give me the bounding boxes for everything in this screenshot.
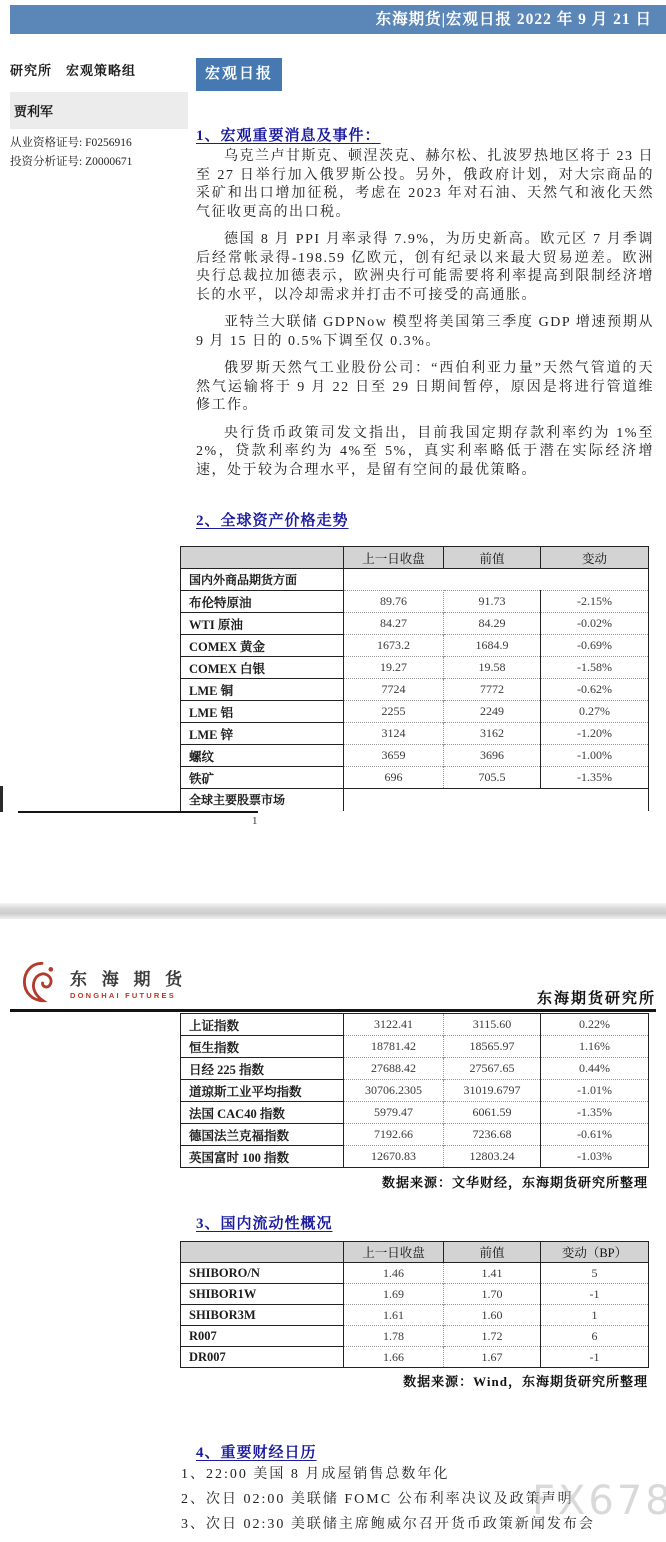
change-bp-value: 6 (541, 1326, 649, 1347)
news-paragraph: 俄罗斯天然气工业股份公司：“西伯利亚力量”天然气管道的天然气运输将于 9 月 2… (196, 360, 654, 416)
page-number: 1 (252, 815, 258, 827)
page-separator (0, 903, 666, 919)
change-value: 0.44% (541, 1058, 649, 1080)
data-source-note-2: 数据来源：Wind，东海期货研究所整理 (180, 1371, 648, 1390)
prev-close-value: 1.69 (344, 1284, 444, 1305)
news-paragraphs: 乌克兰卢甘斯克、顿涅茨克、赫尔松、扎波罗热地区将于 23 日至 27 日举行加入… (196, 148, 654, 489)
news-paragraph: 亚特兰大联储 GDPNow 模型将美国第三季度 GDP 增速预期从 9 月 15… (196, 314, 654, 351)
prior-value: 1.70 (444, 1284, 541, 1305)
prev-close-value: 3124 (344, 723, 444, 745)
instrument-name: 铁矿 (181, 767, 344, 789)
instrument-name: 英国富时 100 指数 (181, 1146, 344, 1168)
change-value: -1.58% (541, 657, 649, 679)
news-paragraph: 德国 8 月 PPI 月率录得 7.9%，为历史新高。欧元区 7 月季调后经常帐… (196, 231, 654, 305)
prior-value: 6061.59 (444, 1102, 541, 1124)
rate-name: SHIBOR1W (181, 1284, 344, 1305)
research-team: 研究所 宏观策略组 (10, 60, 188, 79)
header-cell-prev-close: 上一日收盘 (344, 547, 444, 569)
header-cell-blank (181, 1242, 344, 1263)
prior-value: 84.29 (444, 613, 541, 635)
header-cell-prev-close: 上一日收盘 (344, 1242, 444, 1263)
section2-heading: 2、全球资产价格走势 (196, 509, 349, 530)
section1-heading: 1、宏观重要消息及事件： (196, 124, 381, 145)
practice-cert-number: 从业资格证号: F0256916 (10, 134, 188, 153)
data-source-note-1: 数据来源：文华财经，东海期货研究所整理 (180, 1172, 648, 1191)
change-value: -0.02% (541, 613, 649, 635)
instrument-name: COMEX 白银 (181, 657, 344, 679)
prev-close-value: 27688.42 (344, 1058, 444, 1080)
prior-value: 1684.9 (444, 635, 541, 657)
instrument-name: 恒生指数 (181, 1036, 344, 1058)
table-row: 法国 CAC40 指数 5979.47 6061.59 -1.35% (181, 1102, 649, 1124)
change-value: -1.35% (541, 1102, 649, 1124)
prev-close-value: 18781.42 (344, 1036, 444, 1058)
change-value: 0.27% (541, 701, 649, 723)
prior-value: 12803.24 (444, 1146, 541, 1168)
prev-close-value: 1.61 (344, 1305, 444, 1326)
scan-artifact (0, 786, 3, 812)
prev-close-value: 696 (344, 767, 444, 789)
prev-close-value: 7724 (344, 679, 444, 701)
prev-close-value: 1.46 (344, 1263, 444, 1284)
header-cell-prior: 前值 (444, 1242, 541, 1263)
report-type-badge: 宏观日报 (196, 58, 282, 91)
prev-close-value: 1.66 (344, 1347, 444, 1368)
prior-value: 1.72 (444, 1326, 541, 1347)
category-fill (344, 789, 649, 811)
news-paragraph: 乌克兰卢甘斯克、顿涅茨克、赫尔松、扎波罗热地区将于 23 日至 27 日举行加入… (196, 148, 654, 222)
table-row: 螺纹 3659 3696 -1.00% (181, 745, 649, 767)
change-value: -0.69% (541, 635, 649, 657)
global-asset-table-page2: 上证指数 3122.41 3115.60 0.22% 恒生指数 18781.42… (180, 1013, 649, 1168)
category-fill (344, 569, 649, 591)
prior-value: 2249 (444, 701, 541, 723)
rate-name: SHIBOR3M (181, 1305, 344, 1326)
analyst-info-panel: 研究所 宏观策略组 贾利军 从业资格证号: F0256916 投资分析证号: Z… (10, 60, 188, 172)
page-1: 东海期货|宏观日报 2022 年 9 月 21 日 研究所 宏观策略组 贾利军 … (0, 0, 666, 903)
logo-name-en: DONGHAI FUTURES (70, 991, 187, 1000)
liquidity-table: 上一日收盘 前值 变动（BP） SHIBORO/N 1.46 1.41 5 SH… (180, 1241, 649, 1368)
change-value: 0.22% (541, 1014, 649, 1036)
header-cell-change-bp: 变动（BP） (541, 1242, 649, 1263)
prev-close-value: 1.78 (344, 1326, 444, 1347)
table-row: COMEX 白银 19.27 19.58 -1.58% (181, 657, 649, 679)
prior-value: 3696 (444, 745, 541, 767)
company-logo: 东 海 期 货 DONGHAI FUTURES (20, 960, 187, 1004)
prior-value: 3162 (444, 723, 541, 745)
prior-value: 705.5 (444, 767, 541, 789)
instrument-name: 日经 225 指数 (181, 1058, 344, 1080)
instrument-name: 法国 CAC40 指数 (181, 1102, 344, 1124)
rate-name: R007 (181, 1326, 344, 1347)
prior-value: 18565.97 (444, 1036, 541, 1058)
category-label: 国内外商品期货方面 (181, 569, 344, 591)
table-row: SHIBORO/N 1.46 1.41 5 (181, 1263, 649, 1284)
change-value: -1.01% (541, 1080, 649, 1102)
table-row: 德国法兰克福指数 7192.66 7236.68 -0.61% (181, 1124, 649, 1146)
prev-close-value: 89.76 (344, 591, 444, 613)
change-value: -0.61% (541, 1124, 649, 1146)
table-row: 铁矿 696 705.5 -1.35% (181, 767, 649, 789)
prior-value: 7236.68 (444, 1124, 541, 1146)
prev-close-value: 84.27 (344, 613, 444, 635)
change-value: -1.00% (541, 745, 649, 767)
instrument-name: 布伦特原油 (181, 591, 344, 613)
change-value: 1.16% (541, 1036, 649, 1058)
table-header-row: 上一日收盘 前值 变动 (181, 547, 649, 569)
news-paragraph: 央行货币政策司发文指出，目前我国定期存款利率约为 1%至 2%，贷款利率约为 4… (196, 425, 654, 481)
table-row: 日经 225 指数 27688.42 27567.65 0.44% (181, 1058, 649, 1080)
table-row: R007 1.78 1.72 6 (181, 1326, 649, 1347)
footnote-rule (18, 811, 258, 813)
instrument-name: LME 锌 (181, 723, 344, 745)
prior-value: 1.41 (444, 1263, 541, 1284)
analyst-name: 贾利军 (10, 92, 188, 129)
header-cell-prior: 前值 (444, 547, 541, 569)
prev-close-value: 3122.41 (344, 1014, 444, 1036)
table-header-row: 上一日收盘 前值 变动（BP） (181, 1242, 649, 1263)
change-value: -2.15% (541, 591, 649, 613)
prev-close-value: 1673.2 (344, 635, 444, 657)
fx678-watermark: FX678 (532, 1478, 666, 1524)
prev-close-value: 19.27 (344, 657, 444, 679)
table-row: LME 锌 3124 3162 -1.20% (181, 723, 649, 745)
prev-close-value: 7192.66 (344, 1124, 444, 1146)
table-row: LME 铝 2255 2249 0.27% (181, 701, 649, 723)
prev-close-value: 2255 (344, 701, 444, 723)
change-bp-value: -1 (541, 1284, 649, 1305)
header-cell-blank (181, 547, 344, 569)
report-banner: 东海期货|宏观日报 2022 年 9 月 21 日 (10, 5, 666, 34)
section4-heading: 4、重要财经日历 (196, 1441, 317, 1462)
table-row: 英国富时 100 指数 12670.83 12803.24 -1.03% (181, 1146, 649, 1168)
prior-value: 31019.6797 (444, 1080, 541, 1102)
prior-value: 91.73 (444, 591, 541, 613)
logo-name-cn: 东 海 期 货 (70, 965, 187, 990)
section3-heading: 3、国内流动性概况 (196, 1212, 333, 1233)
header-rule (10, 1009, 656, 1012)
instrument-name: COMEX 黄金 (181, 635, 344, 657)
rate-name: SHIBORO/N (181, 1263, 344, 1284)
prior-value: 27567.65 (444, 1058, 541, 1080)
prev-close-value: 12670.83 (344, 1146, 444, 1168)
table-row: LME 铜 7724 7772 -0.62% (181, 679, 649, 701)
category-row-equities: 全球主要股票市场 (181, 789, 649, 811)
prior-value: 1.60 (444, 1305, 541, 1326)
banner-title: 东海期货|宏观日报 2022 年 9 月 21 日 (376, 11, 652, 28)
prior-value: 7772 (444, 679, 541, 701)
table-row: COMEX 黄金 1673.2 1684.9 -0.69% (181, 635, 649, 657)
instrument-name: 螺纹 (181, 745, 344, 767)
prev-close-value: 5979.47 (344, 1102, 444, 1124)
prior-value: 3115.60 (444, 1014, 541, 1036)
table-row: 上证指数 3122.41 3115.60 0.22% (181, 1014, 649, 1036)
change-value: -1.20% (541, 723, 649, 745)
table-row: SHIBOR1W 1.69 1.70 -1 (181, 1284, 649, 1305)
document-canvas: 东海期货|宏观日报 2022 年 9 月 21 日 研究所 宏观策略组 贾利军 … (0, 0, 666, 1542)
table-row: SHIBOR3M 1.61 1.60 1 (181, 1305, 649, 1326)
institute-name: 东海期货研究所 (537, 987, 656, 1008)
instrument-name: 德国法兰克福指数 (181, 1124, 344, 1146)
donghai-swirl-icon (20, 960, 64, 1004)
instrument-name: WTI 原油 (181, 613, 344, 635)
global-asset-table-page1: 上一日收盘 前值 变动 国内外商品期货方面 布伦特原油 89.76 91.73 … (180, 546, 649, 811)
category-row-commodities: 国内外商品期货方面 (181, 569, 649, 591)
change-bp-value: 1 (541, 1305, 649, 1326)
change-bp-value: -1 (541, 1347, 649, 1368)
table-row: DR007 1.66 1.67 -1 (181, 1347, 649, 1368)
change-bp-value: 5 (541, 1263, 649, 1284)
header-cell-change: 变动 (541, 547, 649, 569)
instrument-name: 道琼斯工业平均指数 (181, 1080, 344, 1102)
table-row: 恒生指数 18781.42 18565.97 1.16% (181, 1036, 649, 1058)
table-row: WTI 原油 84.27 84.29 -0.02% (181, 613, 649, 635)
prior-value: 1.67 (444, 1347, 541, 1368)
table-row: 布伦特原油 89.76 91.73 -2.15% (181, 591, 649, 613)
table-row: 道琼斯工业平均指数 30706.2305 31019.6797 -1.01% (181, 1080, 649, 1102)
prev-close-value: 30706.2305 (344, 1080, 444, 1102)
category-label: 全球主要股票市场 (181, 789, 344, 811)
instrument-name: LME 铝 (181, 701, 344, 723)
instrument-name: LME 铜 (181, 679, 344, 701)
analysis-cert-number: 投资分析证号: Z0000671 (10, 153, 188, 172)
logo-text: 东 海 期 货 DONGHAI FUTURES (70, 965, 187, 1000)
change-value: -1.03% (541, 1146, 649, 1168)
prior-value: 19.58 (444, 657, 541, 679)
prev-close-value: 3659 (344, 745, 444, 767)
change-value: -0.62% (541, 679, 649, 701)
rate-name: DR007 (181, 1347, 344, 1368)
instrument-name: 上证指数 (181, 1014, 344, 1036)
change-value: -1.35% (541, 767, 649, 789)
